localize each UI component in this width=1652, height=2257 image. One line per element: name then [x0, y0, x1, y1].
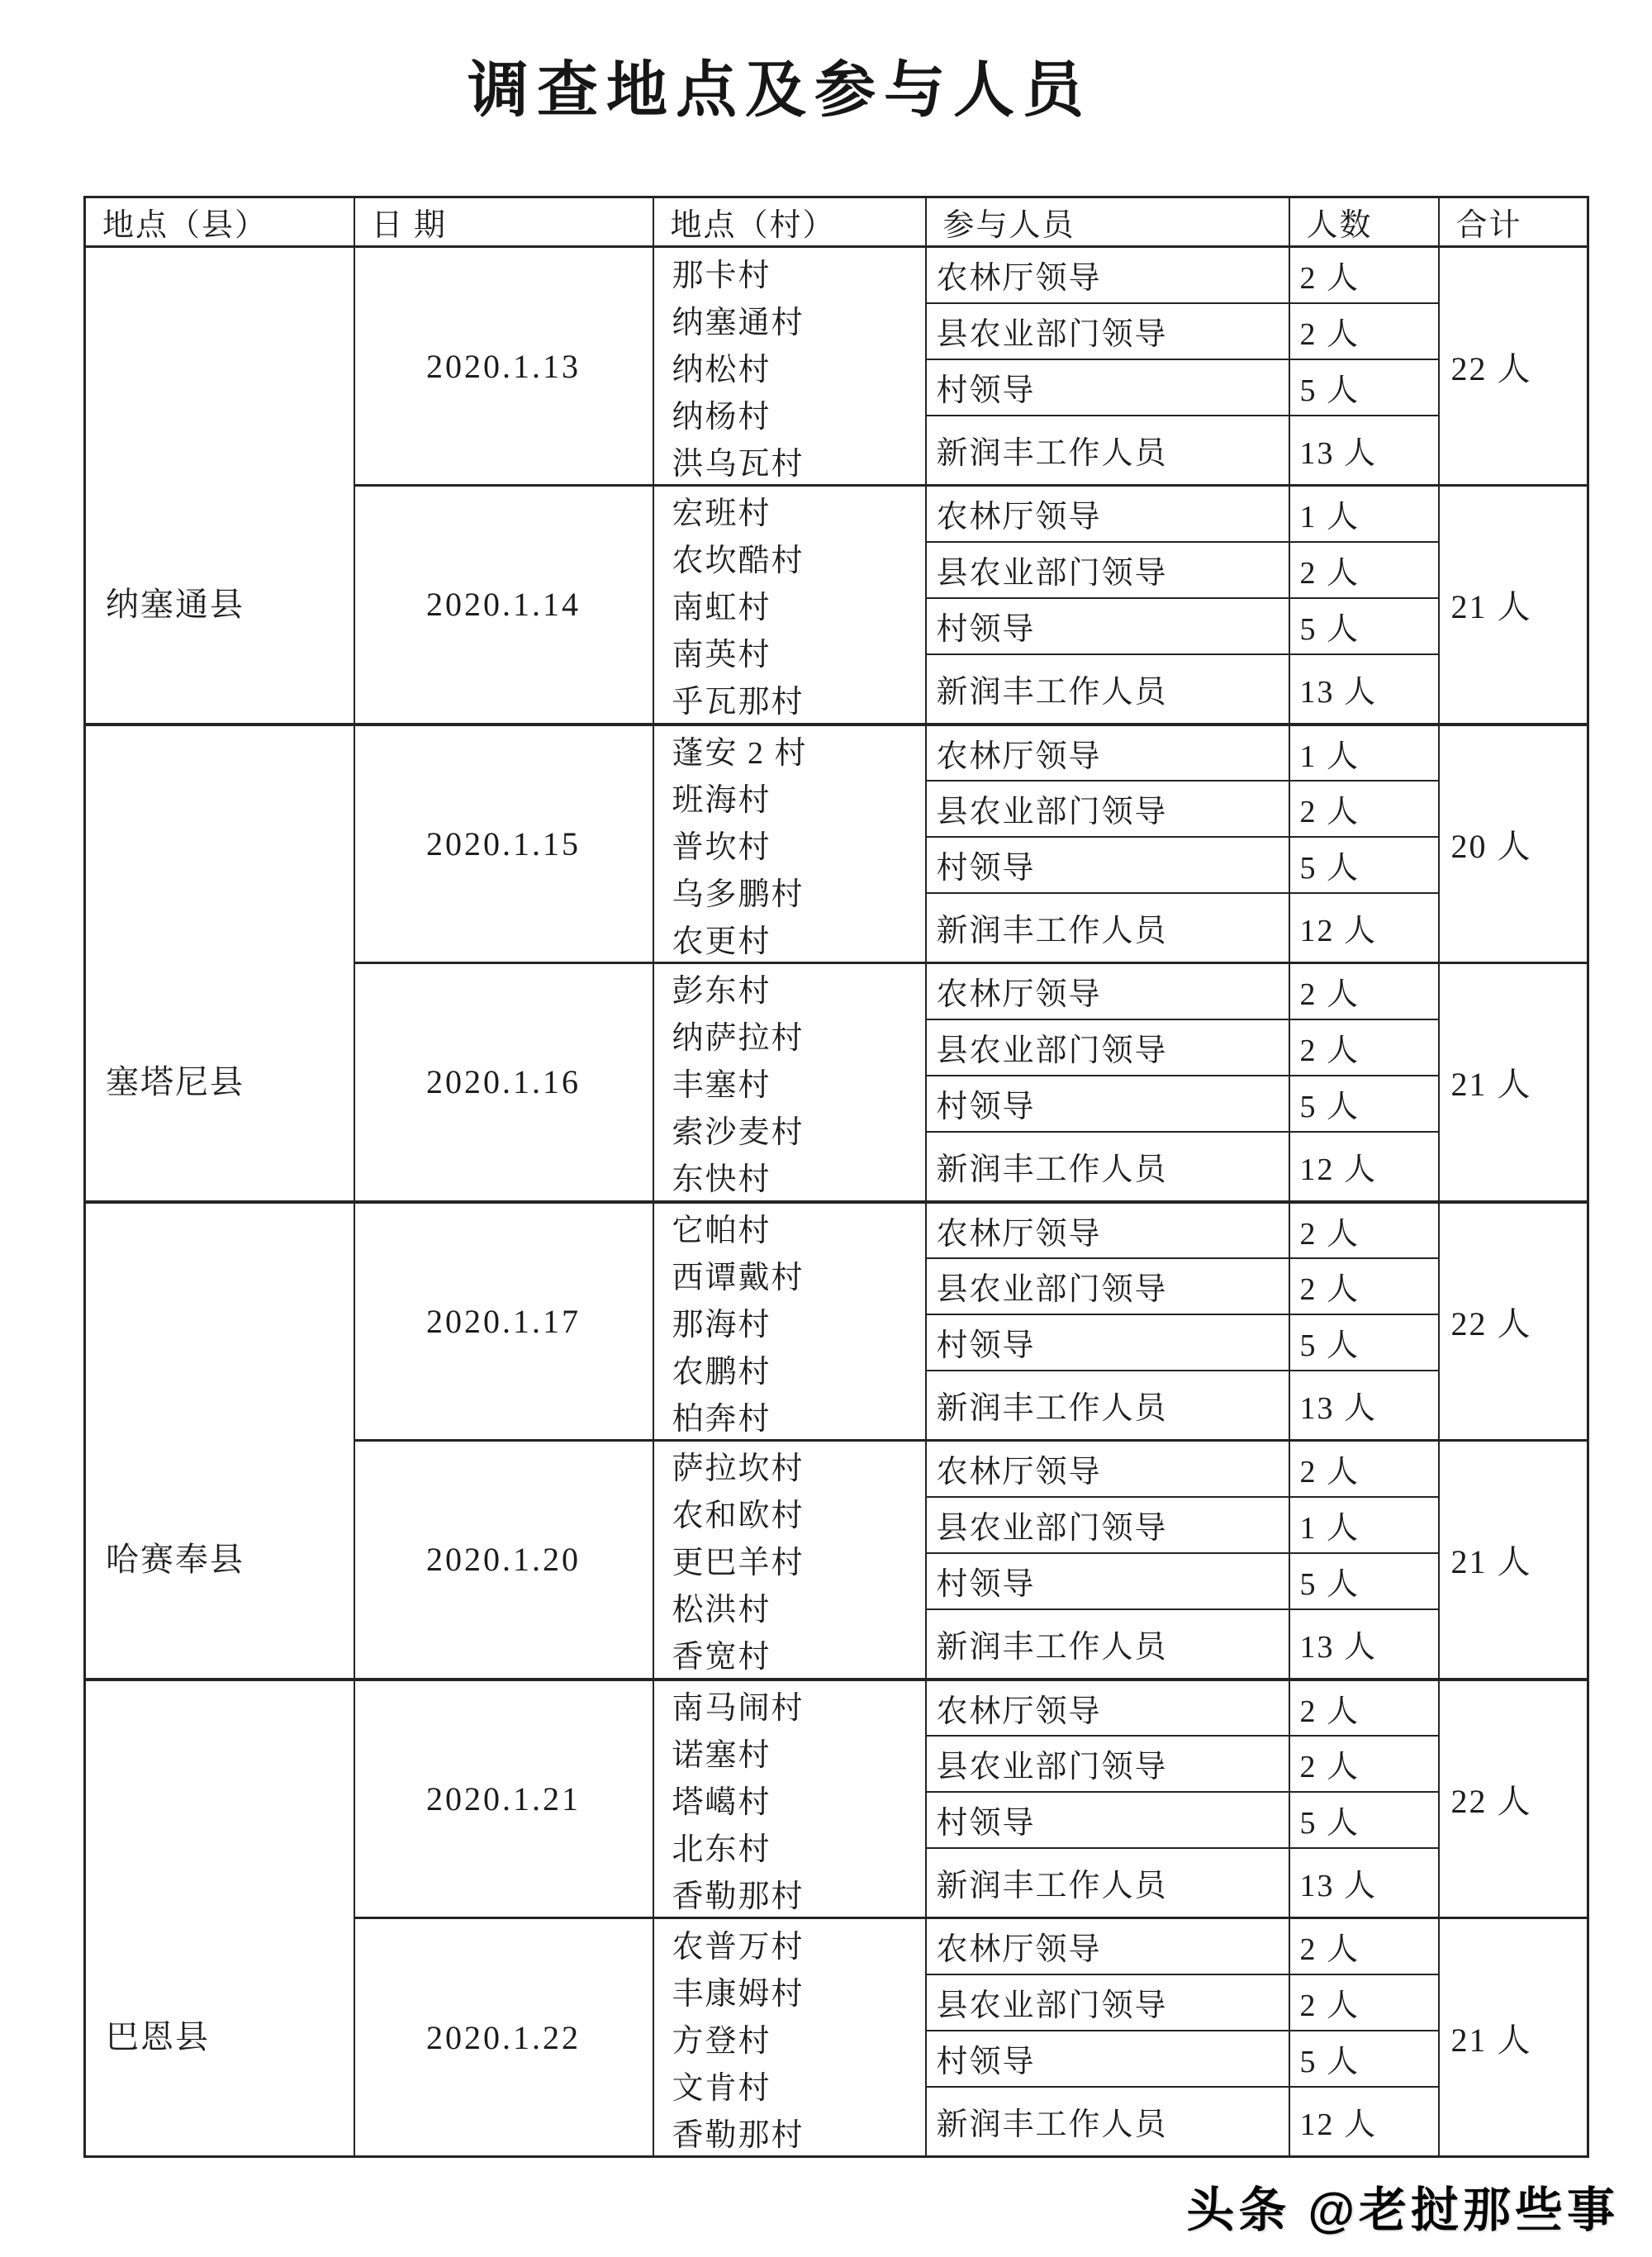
- village-name: 纳杨村: [672, 391, 925, 436]
- participant-count-cell: 2 人: [1289, 1736, 1439, 1792]
- village-name: 香勒那村: [672, 1870, 925, 1916]
- village-list: 萨拉坎村农和欧村更巴羊村松洪村香宽村: [654, 1442, 925, 1677]
- total-cell: 22 人: [1439, 247, 1588, 486]
- village-name: 方登村: [672, 2015, 925, 2060]
- participant-role-cell: 村领导: [926, 359, 1289, 416]
- participant-count-cell: 1 人: [1289, 725, 1439, 781]
- date-cell: 2020.1.20: [354, 1441, 653, 1680]
- total-cell: 22 人: [1439, 1202, 1588, 1441]
- village-name: 萨拉坎村: [672, 1442, 925, 1488]
- participant-count-cell: 5 人: [1289, 2031, 1439, 2087]
- date-cell: 2020.1.16: [354, 963, 653, 1202]
- participant-role-cell: 农林厅领导: [926, 247, 1289, 303]
- participant-role-cell: 县农业部门领导: [926, 542, 1289, 598]
- village-name: 索沙麦村: [672, 1106, 925, 1152]
- village-list: 农普万村丰康姆村方登村文肯村香勒那村: [654, 1920, 925, 2155]
- participant-count-cell: 12 人: [1289, 1132, 1439, 1202]
- village-name: 东快村: [672, 1153, 925, 1199]
- village-name: 香勒那村: [672, 2109, 925, 2155]
- participant-count-cell: 2 人: [1289, 1918, 1439, 1974]
- participant-count-cell: 2 人: [1289, 542, 1439, 598]
- participant-count-cell: 2 人: [1289, 1680, 1439, 1736]
- participant-count-cell: 2 人: [1289, 1441, 1439, 1497]
- village-name: 南马闹村: [672, 1682, 925, 1727]
- village-name: 更巴羊村: [672, 1537, 925, 1582]
- participant-count-cell: 13 人: [1289, 416, 1439, 486]
- village-name: 纳塞通村: [672, 297, 925, 342]
- village-name: 宏班村: [672, 487, 925, 533]
- village-name: 纳松村: [672, 344, 925, 389]
- participant-count-cell: 2 人: [1289, 963, 1439, 1019]
- village-name: 那海村: [672, 1299, 925, 1344]
- participant-role-cell: 新润丰工作人员: [926, 1371, 1289, 1441]
- participant-role-cell: 县农业部门领导: [926, 1974, 1289, 2031]
- participant-count-cell: 2 人: [1289, 1202, 1439, 1258]
- participant-role-cell: 农林厅领导: [926, 1918, 1289, 1974]
- villages-cell: 农普万村丰康姆村方登村文肯村香勒那村: [653, 1918, 926, 2157]
- total-cell: 22 人: [1439, 1680, 1588, 1918]
- villages-cell: 宏班村农坎酷村南虹村南英村乎瓦那村: [653, 486, 926, 725]
- village-name: 香宽村: [672, 1631, 925, 1676]
- participant-role-cell: 农林厅领导: [926, 725, 1289, 781]
- participant-role-cell: 村领导: [926, 1314, 1289, 1371]
- total-cell: 21 人: [1439, 1441, 1588, 1680]
- page: { "title": "调查地点及参与人员", "watermark": "头条…: [0, 0, 1652, 2257]
- village-name: 农普万村: [672, 1921, 925, 1966]
- villages-cell: 萨拉坎村农和欧村更巴羊村松洪村香宽村: [653, 1441, 926, 1680]
- participant-count-cell: 2 人: [1289, 247, 1439, 303]
- village-name: 农坎酷村: [672, 535, 925, 580]
- village-name: 纳萨拉村: [672, 1012, 925, 1057]
- villages-cell: 那卡村纳塞通村纳松村纳杨村洪乌瓦村: [653, 247, 926, 486]
- participant-count-cell: 13 人: [1289, 1371, 1439, 1441]
- village-name: 彭东村: [672, 965, 925, 1010]
- participant-count-cell: 2 人: [1289, 303, 1439, 359]
- participant-role-cell: 新润丰工作人员: [926, 416, 1289, 486]
- participant-role-cell: 村领导: [926, 1076, 1289, 1132]
- header-count: 人数: [1289, 197, 1439, 247]
- county-cell: 塞塔尼县: [85, 725, 354, 1202]
- village-name: 乌多鹏村: [672, 868, 925, 914]
- village-name: 班海村: [672, 774, 925, 820]
- village-name: 乎瓦那村: [672, 676, 925, 721]
- county-cell: 巴恩县: [85, 1680, 354, 2157]
- village-name: 洪乌瓦村: [672, 438, 925, 483]
- date-cell: 2020.1.17: [354, 1202, 653, 1441]
- participant-count-cell: 12 人: [1289, 893, 1439, 963]
- participant-role-cell: 农林厅领导: [926, 1680, 1289, 1736]
- participant-role-cell: 新润丰工作人员: [926, 1132, 1289, 1202]
- table-row: 哈赛奉县2020.1.17它帕村西谭戴村那海村农鹏村柏奔村农林厅领导2 人22 …: [85, 1202, 1588, 1258]
- village-name: 农和欧村: [672, 1490, 925, 1535]
- participant-count-cell: 5 人: [1289, 1553, 1439, 1609]
- village-list: 那卡村纳塞通村纳松村纳杨村洪乌瓦村: [654, 249, 925, 484]
- total-cell: 21 人: [1439, 1918, 1588, 2157]
- village-name: 松洪村: [672, 1584, 925, 1629]
- participant-role-cell: 新润丰工作人员: [926, 2087, 1289, 2157]
- table-row: 塞塔尼县2020.1.15蓬安 2 村班海村普坎村乌多鹏村农更村农林厅领导1 人…: [85, 725, 1588, 781]
- date-cell: 2020.1.13: [354, 247, 653, 486]
- participant-role-cell: 新润丰工作人员: [926, 1609, 1289, 1680]
- participant-role-cell: 农林厅领导: [926, 1441, 1289, 1497]
- participant-role-cell: 县农业部门领导: [926, 781, 1289, 837]
- header-total: 合计: [1439, 197, 1588, 247]
- survey-table: 地点（县） 日 期 地点（村） 参与人员 人数 合计 纳塞通县2020.1.13…: [83, 196, 1589, 2158]
- participant-count-cell: 13 人: [1289, 654, 1439, 725]
- participant-count-cell: 2 人: [1289, 1258, 1439, 1314]
- participant-count-cell: 13 人: [1289, 1609, 1439, 1680]
- participant-count-cell: 5 人: [1289, 837, 1439, 893]
- county-cell: 哈赛奉县: [85, 1202, 354, 1680]
- participant-role-cell: 新润丰工作人员: [926, 893, 1289, 963]
- participant-count-cell: 5 人: [1289, 1314, 1439, 1371]
- participant-role-cell: 县农业部门领导: [926, 303, 1289, 359]
- date-cell: 2020.1.21: [354, 1680, 653, 1918]
- participant-role-cell: 县农业部门领导: [926, 1497, 1289, 1553]
- participant-count-cell: 13 人: [1289, 1848, 1439, 1918]
- participant-count-cell: 12 人: [1289, 2087, 1439, 2157]
- village-name: 南虹村: [672, 582, 925, 627]
- village-name: 塔嶱村: [672, 1776, 925, 1822]
- participant-role-cell: 县农业部门领导: [926, 1019, 1289, 1076]
- date-cell: 2020.1.15: [354, 725, 653, 963]
- village-name: 丰塞村: [672, 1059, 925, 1105]
- participant-count-cell: 2 人: [1289, 1974, 1439, 2031]
- villages-cell: 彭东村纳萨拉村丰塞村索沙麦村东快村: [653, 963, 926, 1202]
- village-name: 南英村: [672, 629, 925, 674]
- village-list: 它帕村西谭戴村那海村农鹏村柏奔村: [654, 1204, 925, 1439]
- village-name: 诺塞村: [672, 1729, 925, 1775]
- participant-role-cell: 村领导: [926, 598, 1289, 654]
- total-cell: 21 人: [1439, 963, 1588, 1202]
- participant-count-cell: 5 人: [1289, 1076, 1439, 1132]
- table-row: 纳塞通县2020.1.13那卡村纳塞通村纳松村纳杨村洪乌瓦村农林厅领导2 人22…: [85, 247, 1588, 303]
- header-village: 地点（村）: [653, 197, 926, 247]
- village-name: 北东村: [672, 1823, 925, 1869]
- date-cell: 2020.1.22: [354, 1918, 653, 2157]
- participant-count-cell: 2 人: [1289, 1019, 1439, 1076]
- participant-role-cell: 村领导: [926, 837, 1289, 893]
- participant-count-cell: 2 人: [1289, 781, 1439, 837]
- villages-cell: 它帕村西谭戴村那海村农鹏村柏奔村: [653, 1202, 926, 1441]
- county-cell: 纳塞通县: [85, 247, 354, 725]
- date-cell: 2020.1.14: [354, 486, 653, 725]
- participant-role-cell: 县农业部门领导: [926, 1736, 1289, 1792]
- participant-count-cell: 5 人: [1289, 1792, 1439, 1848]
- header-date: 日 期: [354, 197, 653, 247]
- total-cell: 20 人: [1439, 725, 1588, 963]
- villages-cell: 蓬安 2 村班海村普坎村乌多鹏村农更村: [653, 725, 926, 963]
- village-name: 普坎村: [672, 821, 925, 867]
- document-page: 调查地点及参与人员 地点（县） 日 期 地点（村） 参与人员 人数 合计 纳塞通…: [0, 0, 1652, 2257]
- village-list: 宏班村农坎酷村南虹村南英村乎瓦那村: [654, 487, 925, 722]
- table-row: 巴恩县2020.1.21南马闹村诺塞村塔嶱村北东村香勒那村农林厅领导2 人22 …: [85, 1680, 1588, 1736]
- village-list: 蓬安 2 村班海村普坎村乌多鹏村农更村: [654, 726, 925, 962]
- village-name: 农更村: [672, 915, 925, 961]
- participant-role-cell: 村领导: [926, 1553, 1289, 1609]
- participant-role-cell: 农林厅领导: [926, 963, 1289, 1019]
- participant-count-cell: 5 人: [1289, 598, 1439, 654]
- total-cell: 21 人: [1439, 486, 1588, 725]
- village-name: 农鹏村: [672, 1346, 925, 1391]
- participant-role-cell: 村领导: [926, 2031, 1289, 2087]
- participant-count-cell: 1 人: [1289, 1497, 1439, 1553]
- village-name: 西谭戴村: [672, 1252, 925, 1297]
- watermark: 头条 @老挝那些事: [1186, 2171, 1619, 2240]
- page-title: 调查地点及参与人员: [0, 41, 1559, 129]
- village-name: 那卡村: [672, 249, 925, 295]
- participant-count-cell: 5 人: [1289, 359, 1439, 416]
- village-name: 文肯村: [672, 2062, 925, 2107]
- village-name: 柏奔村: [672, 1393, 925, 1438]
- header-county: 地点（县）: [85, 197, 354, 247]
- village-list: 彭东村纳萨拉村丰塞村索沙麦村东快村: [654, 964, 925, 1200]
- village-name: 丰康姆村: [672, 1968, 925, 2013]
- participant-count-cell: 1 人: [1289, 486, 1439, 542]
- participant-role-cell: 村领导: [926, 1792, 1289, 1848]
- village-name: 蓬安 2 村: [672, 727, 925, 772]
- participant-role-cell: 新润丰工作人员: [926, 654, 1289, 725]
- participant-role-cell: 农林厅领导: [926, 486, 1289, 542]
- participant-role-cell: 县农业部门领导: [926, 1258, 1289, 1314]
- village-list: 南马闹村诺塞村塔嶱村北东村香勒那村: [654, 1681, 925, 1917]
- participant-role-cell: 农林厅领导: [926, 1202, 1289, 1258]
- table-body: 纳塞通县2020.1.13那卡村纳塞通村纳松村纳杨村洪乌瓦村农林厅领导2 人22…: [85, 247, 1588, 2157]
- header-participants: 参与人员: [926, 197, 1289, 247]
- header-row: 地点（县） 日 期 地点（村） 参与人员 人数 合计: [85, 197, 1588, 247]
- village-name: 它帕村: [672, 1205, 925, 1250]
- participant-role-cell: 新润丰工作人员: [926, 1848, 1289, 1918]
- villages-cell: 南马闹村诺塞村塔嶱村北东村香勒那村: [653, 1680, 926, 1918]
